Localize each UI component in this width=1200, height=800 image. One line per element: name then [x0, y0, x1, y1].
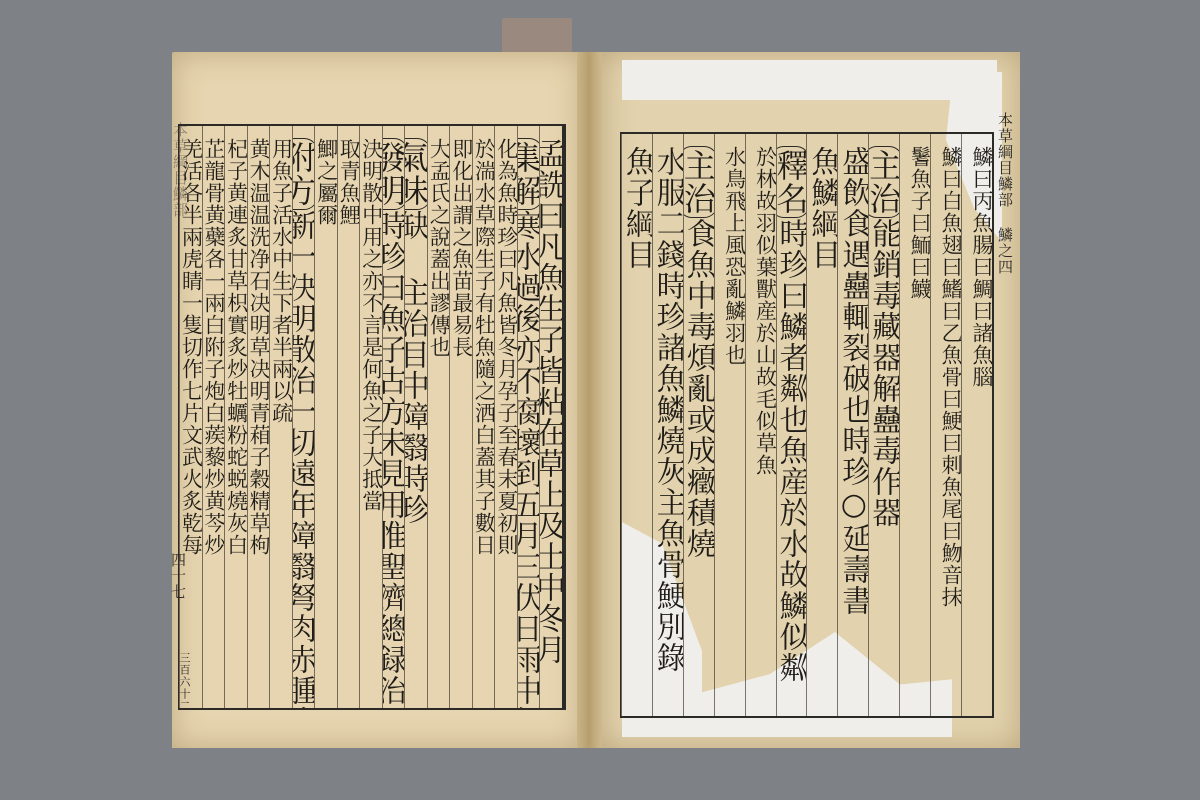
right-margin-title: 本草綱目鱗部 鱗之四 — [995, 112, 1016, 275]
text-column: 集解寒水過後亦不腐壞到五月三伏日雨中便 — [517, 126, 540, 708]
text-column: 黄木温温洗净石决明草决明青葙子穀精草枸 — [247, 126, 270, 708]
text-column: 釋名時珍曰鱗者粼也魚産於水故鱗似粼 — [776, 134, 807, 716]
text-column: 於林故羽似葉獸産於山故毛似草魚 — [745, 134, 776, 716]
right-page-frame: 鱗曰丙魚腸曰鯛曰諸魚腦 鱗曰白魚翅曰鰭曰乙魚骨曰鯁曰刺魚尾曰魩音抹 鬐魚子曰鮞曰… — [620, 132, 994, 718]
text-column: 發明時珍曰魚子古方未見用惟聖濟總録治目 — [382, 126, 405, 708]
text-column: 杞子黄連炙甘草枳實炙炒牡蠣粉蛇蜕燒灰白 — [224, 126, 247, 708]
text-column: 鯽之屬爾 — [314, 126, 337, 708]
left-folio-note: 三百六十二 — [176, 652, 192, 712]
entry-title-fish-roe: 魚子綱目 — [621, 134, 652, 716]
left-margin-title: 本草綱目鱗部 — [170, 122, 191, 218]
text-column: 取青魚鯉 — [337, 126, 360, 708]
left-page-columns: 孟詵曰凡魚生子皆粘在草上及土中冬月 集解寒水過後亦不腐壞到五月三伏日雨中便 化為… — [179, 126, 562, 708]
right-page-columns: 鱗曰丙魚腸曰鯛曰諸魚腦 鱗曰白魚翅曰鰭曰乙魚骨曰鯁曰刺魚尾曰魩音抹 鬐魚子曰鮞曰… — [621, 134, 992, 716]
text-column: 盛飲食遇蠱輒裂破也時珍○延壽書 — [837, 134, 868, 716]
left-page-frame: 孟詵曰凡魚生子皆粘在草上及土中冬月 集解寒水過後亦不腐壞到五月三伏日雨中便 化為… — [178, 124, 566, 710]
text-column: 即化出謂之魚苗最易長 — [449, 126, 472, 708]
open-book: 孟詵曰凡魚生子皆粘在草上及土中冬月 集解寒水過後亦不腐壞到五月三伏日雨中便 化為… — [172, 52, 1020, 748]
text-column: 化為魚時珍曰凡魚皆冬月孕子至春末夏初則 — [494, 126, 517, 708]
left-page: 孟詵曰凡魚生子皆粘在草上及土中冬月 集解寒水過後亦不腐壞到五月三伏日雨中便 化為… — [172, 52, 582, 748]
text-column: 孟詵曰凡魚生子皆粘在草上及土中冬月 — [539, 126, 562, 708]
text-column: 大孟氏之說蓋出謬傳也 — [427, 126, 450, 708]
text-column: 於湍水草際生子有牡魚隨之洒白蓋其子數日 — [472, 126, 495, 708]
text-column: 決明散中用之亦不言是何魚之子大抵當 — [359, 126, 382, 708]
text-column: 鱗曰白魚翅曰鰭曰乙魚骨曰鯁曰刺魚尾曰魩音抹 — [930, 134, 961, 716]
text-column: 用魚子活水中生下者半兩以疏 — [269, 126, 292, 708]
right-page: 鱗曰丙魚腸曰鯛曰諸魚腦 鱗曰白魚翅曰鰭曰乙魚骨曰鯁曰刺魚尾曰魩音抹 鬐魚子曰鮞曰… — [602, 52, 1020, 748]
left-page-number: 四十七 — [168, 552, 189, 600]
text-column: 主治能銷毒藏器解蠱毒作器 — [868, 134, 899, 716]
repair-paper — [622, 60, 997, 100]
text-column: 主治食魚中毒煩亂或成癥積燒 — [683, 134, 714, 716]
text-column: 鬐魚子曰鮞曰鱴 — [899, 134, 930, 716]
text-column: 鱗曰丙魚腸曰鯛曰諸魚腦 — [961, 134, 992, 716]
text-column: 附方新一決明散治一切遠年障翳弩肉赤腫疼痛 — [292, 126, 315, 708]
text-column: 芷龍骨黄蘗各一兩白附子炮白蒺藜炒黄芩炒 — [202, 126, 225, 708]
text-column: 氣味缺 主治目中障翳時珍 — [404, 126, 427, 708]
entry-title-fish-scale: 魚鱗綱目 — [806, 134, 837, 716]
text-column: 水服二錢時珍諸魚鱗燒灰主魚骨鯁別錄 — [652, 134, 683, 716]
text-column: 水鳥飛上風恐亂鱗羽也 — [714, 134, 745, 716]
